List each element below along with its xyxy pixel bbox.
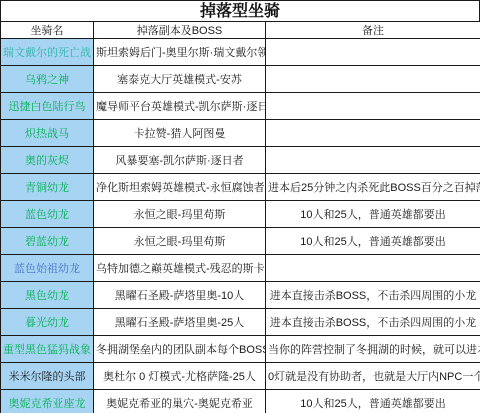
- note-cell: 进本后25分钟之内杀死此BOSS百分之百掉落: [266, 174, 480, 201]
- table-row: 黑色幼龙黑曜石圣殿-萨塔里奥-10人进本直接击杀BOSS，不击杀四周围的小龙: [1, 282, 480, 309]
- table-row: 迅捷白色陆行鸟魔导师平台英雄模式-凯尔萨斯·逐日者: [1, 93, 480, 120]
- drop-source-cell: 冬拥湖堡垒内的团队副本每个BOSS: [94, 336, 266, 363]
- drop-source-cell: 斯坦索姆后门-奥里尔斯·瑞文戴尔领主: [94, 39, 266, 66]
- table-row: 青铜幼龙净化斯坦索姆英雄模式-永恒腐蚀者进本后25分钟之内杀死此BOSS百分之百…: [1, 174, 480, 201]
- col-header-mount-name: 坐骑名: [1, 22, 94, 39]
- table-row: 奥妮克希亚座龙奥妮克希亚的巢穴-奥妮克希亚10人和25人，普通英雄都要出: [1, 390, 480, 413]
- table-row: 乌鸦之神塞泰克大厅英雄模式-安苏: [1, 66, 480, 93]
- note-cell: [266, 255, 480, 282]
- drop-source-cell: 黑曜石圣殿-萨塔里奥-25人: [94, 309, 266, 336]
- drop-source-cell: 永恒之眼-玛里苟斯: [94, 228, 266, 255]
- note-cell: 进本直接击杀BOSS，不击杀四周围的小龙: [266, 282, 480, 309]
- note-cell: 10人和25人，普通英雄都要出: [266, 228, 480, 255]
- drop-source-cell: 奥妮克希亚的巢穴-奥妮克希亚: [94, 390, 266, 413]
- header-row: 坐骑名 掉落副本及BOSS 备注: [1, 22, 480, 39]
- mount-name-cell: 奥的灰烬: [1, 147, 94, 174]
- mount-name-cell: 重型黑色猛犸战象: [1, 336, 94, 363]
- note-cell: 0灯就是没有协助者，也就是大厅内NPC一个不点: [266, 363, 480, 390]
- col-header-drop-source: 掉落副本及BOSS: [94, 22, 266, 39]
- drop-source-cell: 卡拉赞-猎人阿图曼: [94, 120, 266, 147]
- note-cell: [266, 66, 480, 93]
- table-row: 米米尔隆的头部奥杜尔 0 灯模式-尤格萨隆-25人0灯就是没有协助者，也就是大厅…: [1, 363, 480, 390]
- drop-source-cell: 奥杜尔 0 灯模式-尤格萨隆-25人: [94, 363, 266, 390]
- table-row: 瑞文戴尔的死亡战马斯坦索姆后门-奥里尔斯·瑞文戴尔领主: [1, 39, 480, 66]
- table-row: 暮光幼龙黑曜石圣殿-萨塔里奥-25人进本直接击杀BOSS，不击杀四周围的小龙: [1, 309, 480, 336]
- mount-name-cell: 米米尔隆的头部: [1, 363, 94, 390]
- drop-source-cell: 风暴要塞-凯尔萨斯·逐日者: [94, 147, 266, 174]
- note-cell: 10人和25人，普通英雄都要出: [266, 390, 480, 413]
- mount-drop-table-sheet: 掉落型坐骑 坐骑名 掉落副本及BOSS 备注 瑞文戴尔的死亡战马斯坦索姆后门-奥…: [0, 0, 480, 413]
- drop-source-cell: 净化斯坦索姆英雄模式-永恒腐蚀者: [94, 174, 266, 201]
- mount-name-cell: 碧蓝幼龙: [1, 228, 94, 255]
- col-header-note: 备注: [266, 22, 480, 39]
- note-cell: 当你的阵营控制了冬拥湖的时候，就可以进本了。: [266, 336, 480, 363]
- table-row: 蓝色始祖幼龙乌特加德之巅英雄模式-残忍的斯卡迪: [1, 255, 480, 282]
- table-row: 重型黑色猛犸战象冬拥湖堡垒内的团队副本每个BOSS当你的阵营控制了冬拥湖的时候，…: [1, 336, 480, 363]
- note-cell: 10人和25人，普通英雄都要出: [266, 201, 480, 228]
- table-row: 碧蓝幼龙永恒之眼-玛里苟斯10人和25人，普通英雄都要出: [1, 228, 480, 255]
- mounts-table: 坐骑名 掉落副本及BOSS 备注 瑞文戴尔的死亡战马斯坦索姆后门-奥里尔斯·瑞文…: [0, 21, 480, 413]
- mount-name-cell: 黑色幼龙: [1, 282, 94, 309]
- mount-name-cell: 奥妮克希亚座龙: [1, 390, 94, 413]
- mount-name-cell: 乌鸦之神: [1, 66, 94, 93]
- note-cell: [266, 147, 480, 174]
- page-title: 掉落型坐骑: [0, 0, 480, 21]
- mount-name-cell: 瑞文戴尔的死亡战马: [1, 39, 94, 66]
- mount-name-cell: 蓝色幼龙: [1, 201, 94, 228]
- drop-source-cell: 永恒之眼-玛里苟斯: [94, 201, 266, 228]
- drop-source-cell: 魔导师平台英雄模式-凯尔萨斯·逐日者: [94, 93, 266, 120]
- mount-name-cell: 暮光幼龙: [1, 309, 94, 336]
- mount-name-cell: 蓝色始祖幼龙: [1, 255, 94, 282]
- drop-source-cell: 黑曜石圣殿-萨塔里奥-10人: [94, 282, 266, 309]
- note-cell: [266, 39, 480, 66]
- drop-source-cell: 塞泰克大厅英雄模式-安苏: [94, 66, 266, 93]
- note-cell: 进本直接击杀BOSS，不击杀四周围的小龙: [266, 309, 480, 336]
- mount-name-cell: 炽热战马: [1, 120, 94, 147]
- table-row: 蓝色幼龙永恒之眼-玛里苟斯10人和25人，普通英雄都要出: [1, 201, 480, 228]
- note-cell: [266, 93, 480, 120]
- mount-name-cell: 青铜幼龙: [1, 174, 94, 201]
- mount-name-cell: 迅捷白色陆行鸟: [1, 93, 94, 120]
- table-row: 炽热战马卡拉赞-猎人阿图曼: [1, 120, 480, 147]
- table-row: 奥的灰烬风暴要塞-凯尔萨斯·逐日者: [1, 147, 480, 174]
- drop-source-cell: 乌特加德之巅英雄模式-残忍的斯卡迪: [94, 255, 266, 282]
- note-cell: [266, 120, 480, 147]
